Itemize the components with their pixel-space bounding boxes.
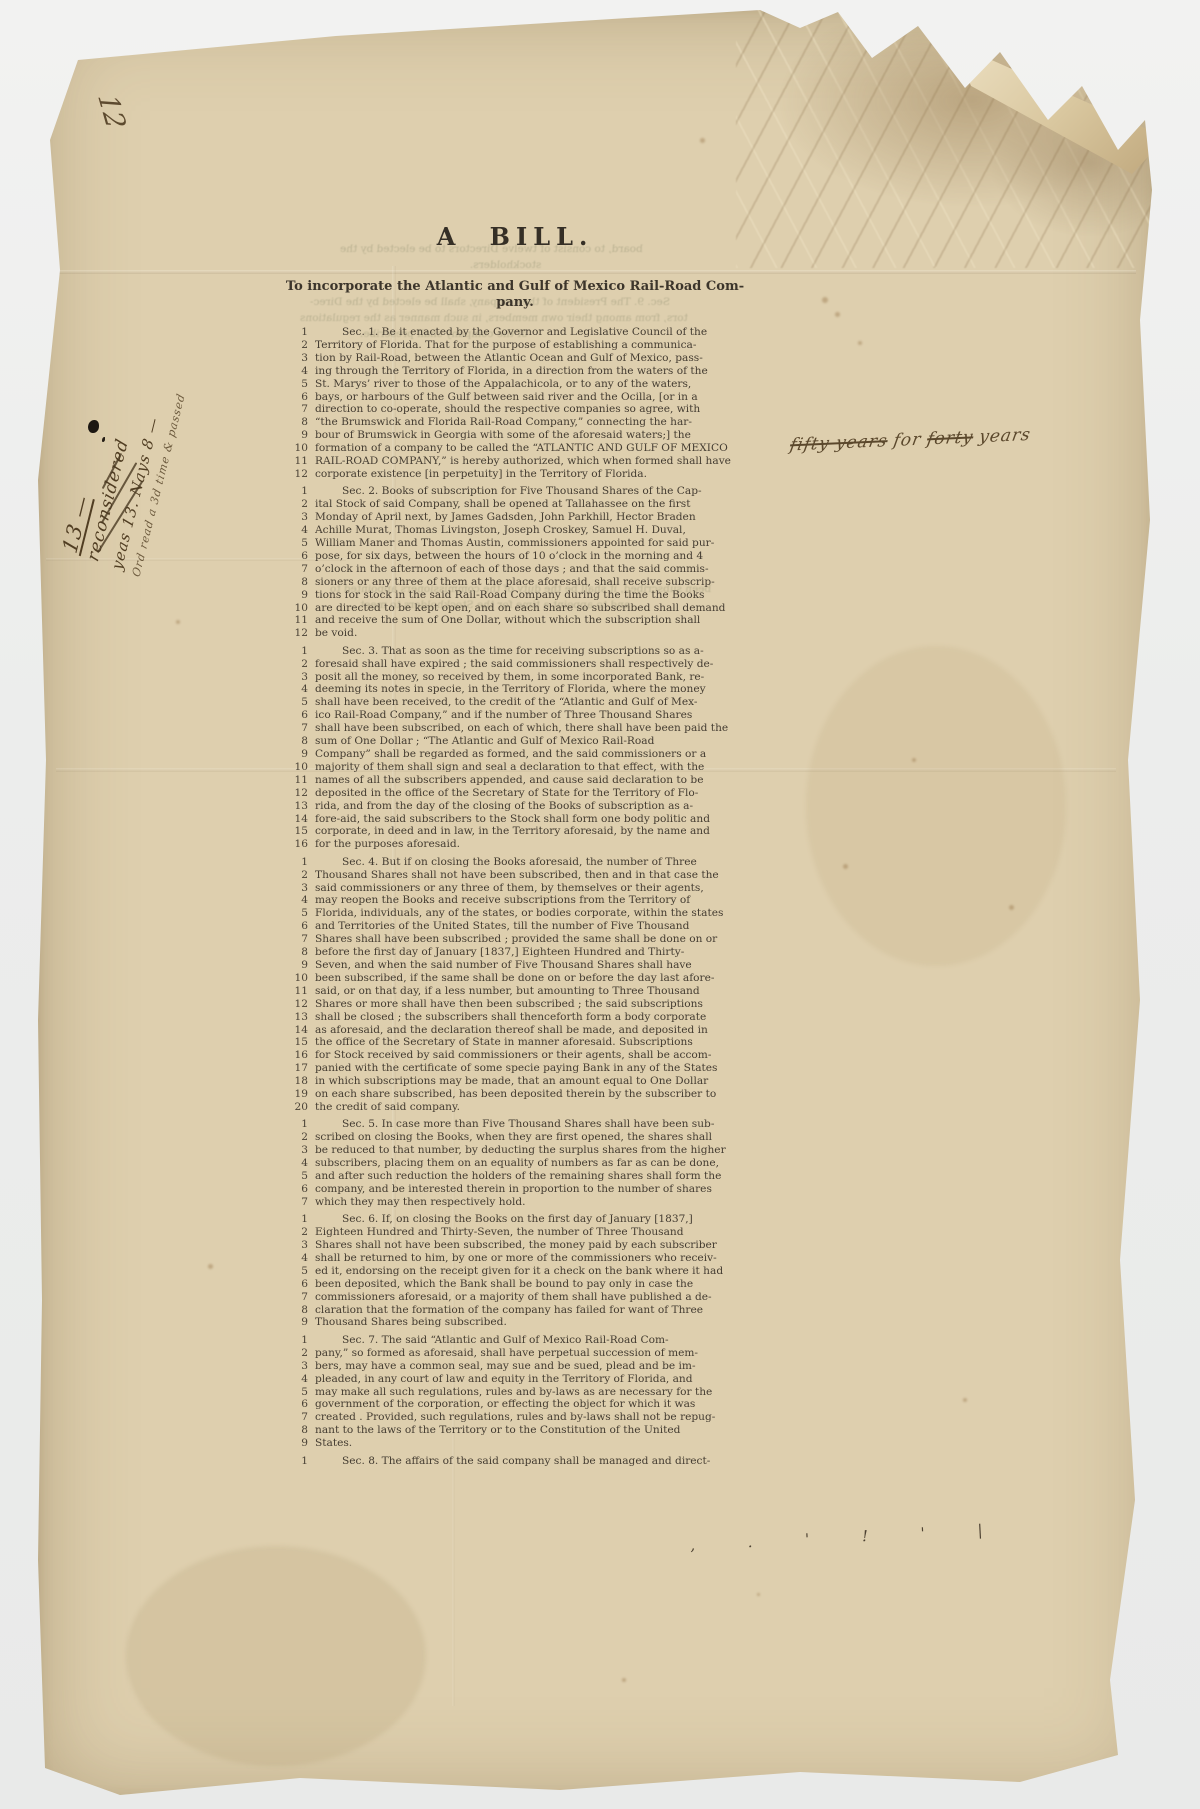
bill-line: 16for the purposes aforesaid. [286,838,746,851]
line-number: 12 [286,627,315,640]
bill-line: 10are directed to be kept open, and on e… [286,602,746,615]
line-number: 3 [286,1144,315,1157]
line-number: 9 [286,589,315,602]
bill-line: 3Monday of April next, by James Gadsden,… [286,511,746,524]
line-number: 10 [286,442,315,455]
bill-line: 3Shares shall not have been subscribed, … [286,1239,746,1252]
bill-line: 10been subscribed, if the same shall be … [286,972,746,985]
line-number: 7 [286,403,315,416]
line-number: 1 [286,1455,315,1468]
line-text: Territory of Florida. That for the purpo… [315,339,746,352]
line-number: 9 [286,1437,315,1450]
line-text: may reopen the Books and receive subscri… [315,894,746,907]
water-stain [126,1546,426,1766]
line-number: 5 [286,378,315,391]
line-number: 2 [286,1226,315,1239]
line-text: scribed on closing the Books, when they … [315,1131,746,1144]
bill-line: 2pany,” so formed as aforesaid, shall ha… [286,1347,746,1360]
line-number: 1 [286,326,315,339]
line-number: 12 [286,468,315,481]
line-text: Thousand Shares shall not have been subs… [315,869,746,882]
line-text: Shares or more shall have then been subs… [315,998,746,1011]
fox-spot [843,864,848,869]
bill-line: 6bays, or harbours of the Gulf between s… [286,391,746,404]
bill-line: 2scribed on closing the Books, when they… [286,1131,746,1144]
line-text: corporate, in deed and in law, in the Te… [315,825,746,838]
bill-line: 12corporate existence [in perpetuity] in… [286,468,746,481]
bill-line: 4subscribers, placing them on an equalit… [286,1157,746,1170]
bill-line: 2Eighteen Hundred and Thirty-Seven, the … [286,1226,746,1239]
bill-line: 12Shares or more shall have then been su… [286,998,746,1011]
bill-line: 20the credit of said company. [286,1101,746,1114]
line-number: 2 [286,1131,315,1144]
bill-line: 3posit all the money, so received by the… [286,671,746,684]
bill-line: 13rida, and from the day of the closing … [286,800,746,813]
bill-line: 1Sec. 4. But if on closing the Books afo… [286,856,746,869]
line-text: names of all the subscribers appended, a… [315,774,746,787]
bill-line: 18in which subscriptions may be made, th… [286,1075,746,1088]
line-number: 8 [286,946,315,959]
line-text: may make all such regulations, rules and… [315,1386,746,1399]
line-number: 10 [286,761,315,774]
bill-section: 1Sec. 6. If, on closing the Books on the… [286,1213,746,1329]
line-number: 7 [286,563,315,576]
line-text: before the first day of January [1837,] … [315,946,746,959]
water-stain [806,646,1066,966]
line-number: 14 [286,1024,315,1037]
bill-line: 7commissioners aforesaid, or a majority … [286,1291,746,1304]
line-text: Eighteen Hundred and Thirty-Seven, the n… [315,1226,746,1239]
line-text: panied with the certificate of some spec… [315,1062,746,1075]
line-number: 19 [286,1088,315,1101]
bleedthrough-text: stockholders. [470,259,542,271]
line-text: tions for stock in the said Rail-Road Co… [315,589,746,602]
bill-line: 3be reduced to that number, by deducting… [286,1144,746,1157]
bill-line: 10majority of them shall sign and seal a… [286,761,746,774]
line-number: 1 [286,645,315,658]
line-text: Sec. 1. Be it enacted by the Governor an… [315,326,746,339]
bill-body: 1Sec. 1. Be it enacted by the Governor a… [286,326,746,1467]
line-number: 3 [286,882,315,895]
line-number: 2 [286,339,315,352]
bill-line: 7created . Provided, such regulations, r… [286,1411,746,1424]
bill-line: 9Seven, and when the said number of Five… [286,959,746,972]
line-text: Monday of April next, by James Gadsden, … [315,511,746,524]
line-number: 2 [286,1347,315,1360]
line-number: 3 [286,511,315,524]
line-text: sum of One Dollar ; “The Atlantic and Gu… [315,735,746,748]
line-number: 8 [286,576,315,589]
bill-line: 8sum of One Dollar ; “The Atlantic and G… [286,735,746,748]
bill-line: 4Achille Murat, Thomas Livingston, Josep… [286,524,746,537]
bill-line: 15the office of the Secretary of State i… [286,1036,746,1049]
bill-line: 6pose, for six days, between the hours o… [286,550,746,563]
line-number: 16 [286,1049,315,1062]
line-text: created . Provided, such regulations, ru… [315,1411,746,1424]
line-text: as aforesaid, and the declaration thereo… [315,1024,746,1037]
line-number: 9 [286,1316,315,1329]
line-number: 2 [286,658,315,671]
bill-line: 10formation of a company to be called th… [286,442,746,455]
bill-line: 9Company” shall be regarded as formed, a… [286,748,746,761]
bill-line: 8claration that the formation of the com… [286,1304,746,1317]
line-text: majority of them shall sign and seal a d… [315,761,746,774]
line-text: Shares shall have been subscribed ; prov… [315,933,746,946]
line-number: 11 [286,455,315,468]
line-text: Florida, individuals, any of the states,… [315,907,746,920]
bill-line: 11RAIL-ROAD COMPANY,” is hereby authoriz… [286,455,746,468]
line-text: Achille Murat, Thomas Livingston, Joseph… [315,524,746,537]
bill-line: 4may reopen the Books and receive subscr… [286,894,746,907]
fox-spot [963,1398,967,1402]
fox-spot [176,620,180,624]
line-text: “the Brumswick and Florida Rail-Road Com… [315,416,746,429]
line-number: 8 [286,1424,315,1437]
amendment-word: years [978,425,1033,447]
line-number: 14 [286,813,315,826]
bill-line: 11and receive the sum of One Dollar, wit… [286,614,746,627]
bill-line: 7o’clock in the afternoon of each of tho… [286,563,746,576]
line-number: 6 [286,920,315,933]
bill-line: 9States. [286,1437,746,1450]
bill-subtitle-line1: To incorporate the Atlantic and Gulf of … [268,279,762,295]
bill-line: 13shall be closed ; the subscribers shal… [286,1011,746,1024]
line-text: been subscribed, if the same shall be do… [315,972,746,985]
bill-line: 1Sec. 1. Be it enacted by the Governor a… [286,326,746,339]
line-text: bers, may have a common seal, may sue an… [315,1360,746,1373]
bill-line: 6ico Rail-Road Company,” and if the numb… [286,709,746,722]
line-number: 6 [286,1398,315,1411]
line-number: 3 [286,671,315,684]
line-text: corporate existence [in perpetuity] in t… [315,468,746,481]
bill-line: 14fore-aid, the said subscribers to the … [286,813,746,826]
bill-section: 1Sec. 3. That as soon as the time for re… [286,645,746,852]
bill-line: 2foresaid shall have expired ; the said … [286,658,746,671]
bill-line: 14as aforesaid, and the declaration ther… [286,1024,746,1037]
line-text: be void. [315,627,746,640]
bill-subtitle-line2: pany. [268,295,762,311]
line-text: posit all the money, so received by them… [315,671,746,684]
line-number: 10 [286,972,315,985]
line-text: the office of the Secretary of State in … [315,1036,746,1049]
bill-section: 1Sec. 8. The affairs of the said company… [286,1455,746,1468]
line-text: fore-aid, the said subscribers to the St… [315,813,746,826]
bleedthrough-text: tors, from among their own members, in s… [300,312,688,324]
bill-line: 7shall have been subscribed, on each of … [286,722,746,735]
bill-line: 4pleaded, in any court of law and equity… [286,1373,746,1386]
line-text: been deposited, which the Bank shall be … [315,1278,746,1291]
fox-spot [835,312,840,317]
bill-line: 7direction to co-operate, should the res… [286,403,746,416]
bill-line: 2ital Stock of said Company, shall be op… [286,498,746,511]
bill-line: 5Florida, individuals, any of the states… [286,907,746,920]
line-number: 4 [286,683,315,696]
line-text: o’clock in the afternoon of each of thos… [315,563,746,576]
bill-line: 4ing through the Territory of Florida, i… [286,365,746,378]
line-text: company, and be interested therein in pr… [315,1183,746,1196]
bill-line: 5and after such reduction the holders of… [286,1170,746,1183]
line-text: shall have been received, to the credit … [315,696,746,709]
line-text: government of the corporation, or effect… [315,1398,746,1411]
line-text: be reduced to that number, by deducting … [315,1144,746,1157]
line-text: Sec. 2. Books of subscription for Five T… [315,485,746,498]
bill-line: 1Sec. 6. If, on closing the Books on the… [286,1213,746,1226]
line-number: 4 [286,1157,315,1170]
bill-line: 9tions for stock in the said Rail-Road C… [286,589,746,602]
fox-spot [1009,905,1014,910]
line-number: 16 [286,838,315,851]
line-number: 8 [286,1304,315,1317]
line-number: 1 [286,856,315,869]
fox-spot [822,297,828,303]
line-number: 5 [286,1265,315,1278]
bill-section: 1Sec. 7. The said “Atlantic and Gulf of … [286,1334,746,1450]
line-number: 5 [286,1386,315,1399]
line-text: said commissioners or any three of them,… [315,882,746,895]
bill-line: 1Sec. 3. That as soon as the time for re… [286,645,746,658]
line-text: bour of Brumswick in Georgia with some o… [315,429,746,442]
line-text: Thousand Shares being subscribed. [315,1316,746,1329]
line-number: 5 [286,1170,315,1183]
bill-line: 3tion by Rail-Road, between the Atlantic… [286,352,746,365]
line-text: pose, for six days, between the hours of… [315,550,746,563]
line-number: 10 [286,602,315,615]
fold-crease [56,270,1136,274]
amendment-word: for [892,430,923,451]
line-number: 6 [286,709,315,722]
line-number: 15 [286,825,315,838]
line-number: 8 [286,416,315,429]
line-number: 6 [286,391,315,404]
line-text: the credit of said company. [315,1101,746,1114]
bill-line: 4deeming its notes in specie, in the Ter… [286,683,746,696]
line-text: shall be closed ; the subscribers shall … [315,1011,746,1024]
line-number: 7 [286,1291,315,1304]
line-number: 13 [286,1011,315,1024]
line-text: pleaded, in any court of law and equity … [315,1373,746,1386]
bill-section: 1Sec. 2. Books of subscription for Five … [286,485,746,640]
line-text: in which subscriptions may be made, that… [315,1075,746,1088]
line-text: direction to co-operate, should the resp… [315,403,746,416]
line-text: William Maner and Thomas Austin, commiss… [315,537,746,550]
line-text: ico Rail-Road Company,” and if the numbe… [315,709,746,722]
line-text: nant to the laws of the Territory or to … [315,1424,746,1437]
line-text: and Territories of the United States, ti… [315,920,746,933]
line-text: rida, and from the day of the closing of… [315,800,746,813]
line-text: claration that the formation of the comp… [315,1304,746,1317]
bill-line: 6been deposited, which the Bank shall be… [286,1278,746,1291]
line-number: 2 [286,498,315,511]
line-number: 9 [286,959,315,972]
line-number: 6 [286,1183,315,1196]
line-text: which they may then respectively hold. [315,1196,746,1209]
bill-line: 19on each share subscribed, has been dep… [286,1088,746,1101]
line-text: shall have been subscribed, on each of w… [315,722,746,735]
bill-line: 4shall be returned to him, by one or mor… [286,1252,746,1265]
line-number: 1 [286,1118,315,1131]
line-number: 17 [286,1062,315,1075]
bill-line: 11names of all the subscribers appended,… [286,774,746,787]
line-number: 11 [286,614,315,627]
bill-line: 9bour of Brumswick in Georgia with some … [286,429,746,442]
line-text: ed it, endorsing on the receipt given fo… [315,1265,746,1278]
line-text: deeming its notes in specie, in the Terr… [315,683,746,696]
line-text: and receive the sum of One Dollar, witho… [315,614,746,627]
line-text: Shares shall not have been subscribed, t… [315,1239,746,1252]
line-text: RAIL-ROAD COMPANY,” is hereby authorized… [315,455,746,468]
line-text: Sec. 5. In case more than Five Thousand … [315,1118,746,1131]
bill-line: 7Shares shall have been subscribed ; pro… [286,933,746,946]
line-number: 7 [286,933,315,946]
line-number: 4 [286,365,315,378]
bill-line: 15corporate, in deed and in law, in the … [286,825,746,838]
bill-line: 12deposited in the office of the Secreta… [286,787,746,800]
line-number: 20 [286,1101,315,1114]
line-text: deposited in the office of the Secretary… [315,787,746,800]
fox-spot [700,138,705,143]
line-text: Sec. 8. The affairs of the said company … [315,1455,746,1468]
bill-line: 1Sec. 8. The affairs of the said company… [286,1455,746,1468]
bill-line: 8before the first day of January [1837,]… [286,946,746,959]
line-text: Sec. 7. The said “Atlantic and Gulf of M… [315,1334,746,1347]
line-number: 5 [286,537,315,550]
line-number: 3 [286,352,315,365]
line-number: 12 [286,787,315,800]
line-text: subscribers, placing them on an equality… [315,1157,746,1170]
line-text: and after such reduction the holders of … [315,1170,746,1183]
bill-line: 1Sec. 5. In case more than Five Thousand… [286,1118,746,1131]
line-number: 5 [286,696,315,709]
line-text: States. [315,1437,746,1450]
line-text: Company” shall be regarded as formed, an… [315,748,746,761]
line-number: 3 [286,1239,315,1252]
line-number: 15 [286,1036,315,1049]
line-number: 2 [286,869,315,882]
line-text: tion by Rail-Road, between the Atlantic … [315,352,746,365]
bill-line: 6and Territories of the United States, t… [286,920,746,933]
bill-section: 1Sec. 1. Be it enacted by the Governor a… [286,326,746,481]
line-text: Sec. 4. But if on closing the Books afor… [315,856,746,869]
bill-line: 3said commissioners or any three of them… [286,882,746,895]
line-text: Sec. 6. If, on closing the Books on the … [315,1213,746,1226]
fox-spot [912,758,916,762]
amendment-word: forty [925,427,974,449]
bill-line: 8nant to the laws of the Territory or to… [286,1424,746,1437]
scan-background: board, to consist of twelve Directors to… [0,0,1200,1809]
line-number: 1 [286,1334,315,1347]
fox-spot [757,1593,760,1596]
bill-line: 12be void. [286,627,746,640]
bill-section: 1Sec. 4. But if on closing the Books afo… [286,856,746,1114]
line-text: pany,” so formed as aforesaid, shall hav… [315,1347,746,1360]
bill-line: 8sioners or any three of them at the pla… [286,576,746,589]
bill-subtitle: To incorporate the Atlantic and Gulf of … [268,279,762,310]
fox-spot [858,341,862,345]
line-number: 8 [286,735,315,748]
bill-line: 3bers, may have a common seal, may sue a… [286,1360,746,1373]
line-number: 3 [286,1360,315,1373]
line-text: Seven, and when the said number of Five … [315,959,746,972]
line-number: 7 [286,1411,315,1424]
line-text: shall be returned to him, by one or more… [315,1252,746,1265]
line-text: foresaid shall have expired ; the said c… [315,658,746,671]
line-number: 1 [286,485,315,498]
bill-line: 1Sec. 7. The said “Atlantic and Gulf of … [286,1334,746,1347]
line-number: 7 [286,1196,315,1209]
bill-line: 17panied with the certificate of some sp… [286,1062,746,1075]
bill-line: 1Sec. 2. Books of subscription for Five … [286,485,746,498]
line-number: 7 [286,722,315,735]
line-text: ital Stock of said Company, shall be ope… [315,498,746,511]
bill-line: 16for Stock received by said commissione… [286,1049,746,1062]
fox-spot [208,1264,213,1269]
line-number: 1 [286,1213,315,1226]
line-text: St. Marys’ river to those of the Appalac… [315,378,746,391]
bill-line: 5St. Marys’ river to those of the Appala… [286,378,746,391]
line-number: 9 [286,748,315,761]
bill-line: 11said, or on that day, if a less number… [286,985,746,998]
line-text: said, or on that day, if a less number, … [315,985,746,998]
line-number: 4 [286,1373,315,1386]
line-number: 5 [286,907,315,920]
bill-line: 2Territory of Florida. That for the purp… [286,339,746,352]
line-number: 6 [286,550,315,563]
line-text: on each share subscribed, has been depos… [315,1088,746,1101]
line-number: 4 [286,894,315,907]
line-number: 11 [286,774,315,787]
line-number: 4 [286,524,315,537]
bill-line: 5may make all such regulations, rules an… [286,1386,746,1399]
line-text: bays, or harbours of the Gulf between sa… [315,391,746,404]
bill-line: 8“the Brumswick and Florida Rail-Road Co… [286,416,746,429]
bill-line: 5ed it, endorsing on the receipt given f… [286,1265,746,1278]
line-number: 11 [286,985,315,998]
line-number: 12 [286,998,315,1011]
line-text: for Stock received by said commissioners… [315,1049,746,1062]
bill-line: 6company, and be interested therein in p… [286,1183,746,1196]
bill-section: 1Sec. 5. In case more than Five Thousand… [286,1118,746,1208]
line-text: ing through the Territory of Florida, in… [315,365,746,378]
line-number: 6 [286,1278,315,1291]
line-text: for the purposes aforesaid. [315,838,746,851]
line-text: commissioners aforesaid, or a majority o… [315,1291,746,1304]
line-text: Sec. 3. That as soon as the time for rec… [315,645,746,658]
line-number: 18 [286,1075,315,1088]
line-text: are directed to be kept open, and on eac… [315,602,746,615]
bill-line: 2Thousand Shares shall not have been sub… [286,869,746,882]
bill-title: A BILL. [280,222,750,251]
bill-line: 9Thousand Shares being subscribed. [286,1316,746,1329]
bill-line: 5William Maner and Thomas Austin, commis… [286,537,746,550]
bill-line: 5shall have been received, to the credit… [286,696,746,709]
line-text: formation of a company to be called the … [315,442,746,455]
line-number: 4 [286,1252,315,1265]
fox-spot [622,1678,626,1682]
line-number: 9 [286,429,315,442]
bill-line: 7which they may then respectively hold. [286,1196,746,1209]
line-number: 13 [286,800,315,813]
bill-line: 6government of the corporation, or effec… [286,1398,746,1411]
line-text: sioners or any three of them at the plac… [315,576,746,589]
